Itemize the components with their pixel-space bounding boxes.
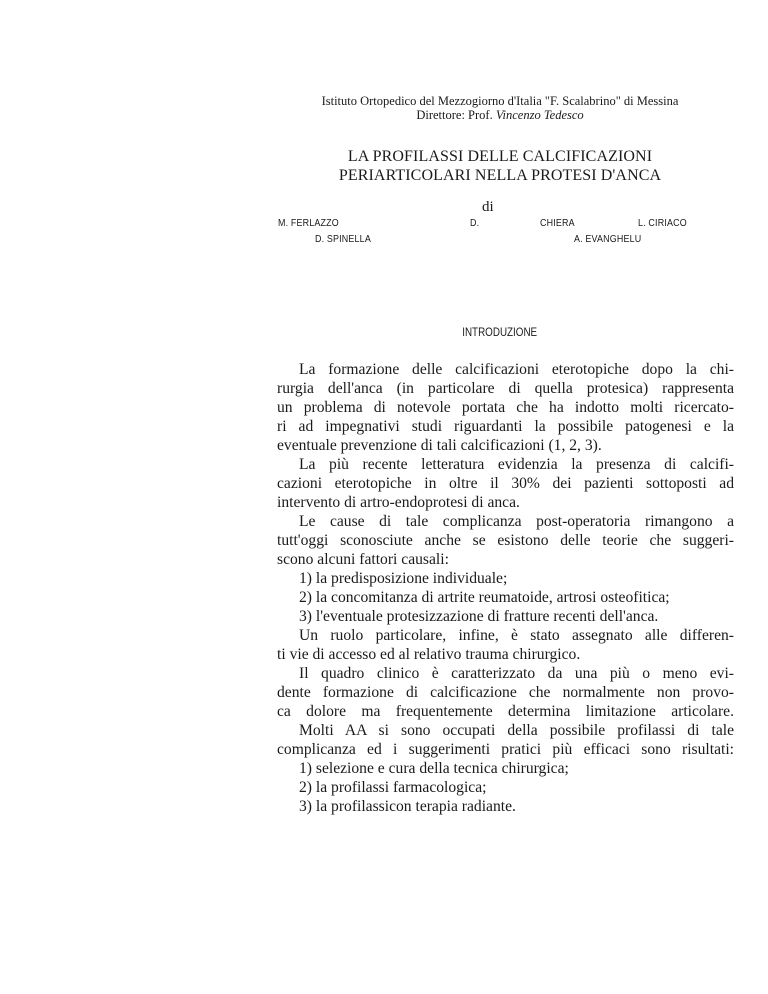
list-item: 2) la concomitanza di artrite reumatoide… [277, 588, 734, 607]
text-line: Un ruolo particolare, infine, è stato as… [277, 626, 734, 645]
author-initial: D. [470, 217, 479, 229]
author-name: A. EVANGHELU [574, 233, 641, 245]
document-header: Istituto Ortopedico del Mezzogiorno d'It… [270, 94, 730, 122]
list-item: 1) selezione e cura della tecnica chirur… [277, 759, 734, 778]
text-line: Il quadro clinico è caratterizzato da un… [277, 664, 734, 683]
text-line: tutt'oggi sconosciute anche se esistono … [277, 531, 734, 550]
title-line-2: PERIARTICOLARI NELLA PROTESI D'ANCA [270, 166, 730, 185]
list-item: 1) la predisposizione individuale; [277, 569, 734, 588]
text-line: ti vie di accesso ed al relativo trauma … [277, 645, 734, 664]
section-heading-text: INTRODUZIONE [463, 325, 538, 339]
director-line: Direttore: Prof. Vincenzo Tedesco [270, 108, 730, 122]
list-item: 3) la profilassicon terapia radiante. [277, 797, 734, 816]
text-line: cazioni eterotopiche in oltre il 30% dei… [277, 474, 734, 493]
title-line-1: LA PROFILASSI DELLE CALCIFICAZIONI [270, 147, 730, 166]
text-line: ca dolore ma frequentemente determina li… [277, 702, 734, 721]
byline-di: di [482, 199, 494, 216]
document-title: LA PROFILASSI DELLE CALCIFICAZIONI PERIA… [270, 147, 730, 185]
text-line: rurgia dell'anca (in particolare di quel… [277, 379, 734, 398]
section-heading: INTRODUZIONE [270, 325, 730, 339]
institute-name: Istituto Ortopedico del Mezzogiorno d'It… [270, 94, 730, 108]
text-line: intervento di artro-endoprotesi di anca. [277, 493, 734, 512]
text-line: ri ad impegnativi studi riguardanti la p… [277, 417, 734, 436]
author-name: L. CIRIACO [638, 217, 687, 229]
director-label: Direttore: Prof. [416, 108, 492, 122]
text-line: un problema di notevole portata che ha i… [277, 398, 734, 417]
author-name: D. SPINELLA [315, 233, 371, 245]
text-line: La più recente letteratura evidenzia la … [277, 455, 734, 474]
body-text: La formazione delle calcificazioni etero… [277, 360, 734, 816]
list-item: 2) la profilassi farmacologica; [277, 778, 734, 797]
text-line: complicanza ed i suggerimenti pratici pi… [277, 740, 734, 759]
text-line: Le cause di tale complicanza post-operat… [277, 512, 734, 531]
text-line: La formazione delle calcificazioni etero… [277, 360, 734, 379]
text-line: scono alcuni fattori causali: [277, 550, 734, 569]
author-name: M. FERLAZZO [278, 217, 339, 229]
director-name: Vincenzo Tedesco [496, 108, 584, 122]
list-item: 3) l'eventuale protesizzazione di frattu… [277, 607, 734, 626]
text-line: Molti AA si sono occupati della possibil… [277, 721, 734, 740]
author-surname: CHIERA [540, 217, 575, 229]
text-line: dente formazione di calcificazione che n… [277, 683, 734, 702]
text-line: eventuale prevenzione di tali calcificaz… [277, 436, 734, 455]
